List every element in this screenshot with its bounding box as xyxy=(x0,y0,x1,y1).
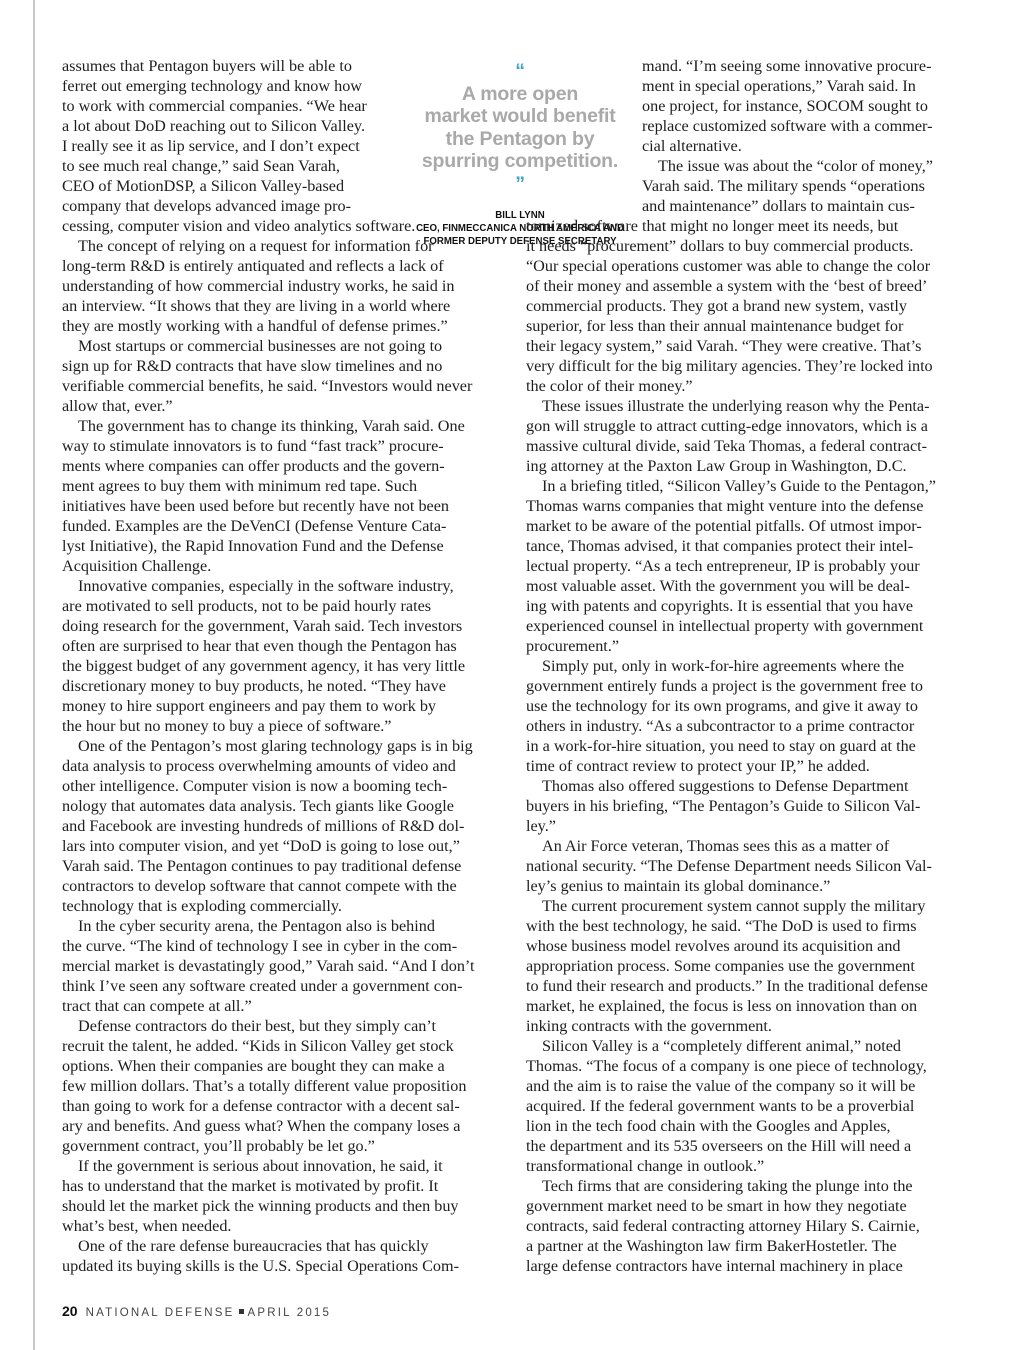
text-line: The government has to change its thinkin… xyxy=(62,416,475,436)
text-line: has to understand that the market is mot… xyxy=(62,1176,475,1196)
text-line: lars into computer vision, and yet “DoD … xyxy=(62,836,475,856)
text-line: verifiable commercial benefits, he said.… xyxy=(62,376,475,396)
text-line: ments where companies can offer products… xyxy=(62,456,475,476)
text-line: to fund their research and products.” In… xyxy=(526,976,936,996)
text-line: cial alternative. xyxy=(642,136,933,156)
text-line: the department and its 535 overseers on … xyxy=(526,1136,936,1156)
text-line: “Our special operations customer was abl… xyxy=(526,256,936,276)
text-line: Silicon Valley is a “completely differen… xyxy=(526,1036,936,1056)
text-line: the hour but no money to buy a piece of … xyxy=(62,716,475,736)
text-line: initiatives have been used before but re… xyxy=(62,496,475,516)
text-line: Simply put, only in work-for-hire agreem… xyxy=(526,656,936,676)
text-line: Thomas warns companies that might ventur… xyxy=(526,496,936,516)
text-line: money to hire support engineers and pay … xyxy=(62,696,475,716)
pull-quote-line: spurring competition. xyxy=(422,150,618,172)
text-line: and maintenance” dollars to maintain cus… xyxy=(642,196,933,216)
text-line: Defense contractors do their best, but t… xyxy=(62,1016,475,1036)
text-line: tomized software that might no longer me… xyxy=(526,216,936,236)
page-number: 20 xyxy=(62,1303,78,1319)
text-line: in a work-for-hire situation, you need t… xyxy=(526,736,936,756)
text-line: options. When their companies are bought… xyxy=(62,1056,475,1076)
text-line: what’s best, when needed. xyxy=(62,1216,475,1236)
text-line: buyers in his briefing, “The Pentagon’s … xyxy=(526,796,936,816)
text-line: ing attorney at the Paxton Law Group in … xyxy=(526,456,936,476)
article-column-right: tomized software that might no longer me… xyxy=(526,216,936,1276)
text-line: one project, for instance, SOCOM sought … xyxy=(642,96,933,116)
article-column-right-top: mand. “I’m seeing some innovative procur… xyxy=(642,56,933,216)
text-line: few million dollars. That’s a totally di… xyxy=(62,1076,475,1096)
text-line: In a briefing titled, “Silicon Valley’s … xyxy=(526,476,936,496)
text-line: Thomas. “The focus of a company is one p… xyxy=(526,1056,936,1076)
publication-name: NATIONAL DEFENSE xyxy=(86,1307,235,1319)
pull-quote-line: market would benefit xyxy=(402,105,638,128)
text-line: the biggest budget of any government age… xyxy=(62,656,475,676)
text-line: tance, Thomas advised, it that companies… xyxy=(526,536,936,556)
pull-quote-line: the Pentagon by xyxy=(402,128,638,151)
text-line: market to be aware of the potential pitf… xyxy=(526,516,936,536)
text-line: procurement.” xyxy=(526,636,936,656)
text-line: ary and benefits. And guess what? When t… xyxy=(62,1116,475,1136)
text-line: ley’s genius to maintain its global domi… xyxy=(526,876,936,896)
text-line: think I’ve seen any software created und… xyxy=(62,976,475,996)
text-line: national security. “The Defense Departme… xyxy=(526,856,936,876)
text-line: government contract, you’ll probably be … xyxy=(62,1136,475,1156)
text-line: The current procurement system cannot su… xyxy=(526,896,936,916)
text-line: doing research for the government, Varah… xyxy=(62,616,475,636)
text-line: should let the market pick the winning p… xyxy=(62,1196,475,1216)
page-gutter-rule xyxy=(33,0,35,1350)
text-line: lyst Initiative), the Rapid Innovation F… xyxy=(62,536,475,556)
text-line: Varah said. The military spends “operati… xyxy=(642,176,933,196)
text-line: understanding of how commercial industry… xyxy=(62,276,475,296)
text-line: ment in special operations,” Varah said.… xyxy=(642,76,933,96)
text-line: Innovative companies, especially in the … xyxy=(62,576,475,596)
text-line: very difficult for the big military agen… xyxy=(526,356,936,376)
pull-quote-line: A more open xyxy=(462,83,578,105)
text-line: ing with patents and copyrights. It is e… xyxy=(526,596,936,616)
text-line: their legacy system,” said Varah. “They … xyxy=(526,336,936,356)
text-line: discretionary money to buy products, he … xyxy=(62,676,475,696)
page-footer: 20NATIONAL DEFENSEAPRIL 2015 xyxy=(62,1303,331,1319)
text-line: superior, for less than their annual mai… xyxy=(526,316,936,336)
text-line: large defense contractors have internal … xyxy=(526,1256,936,1276)
text-line: and Facebook are investing hundreds of m… xyxy=(62,816,475,836)
text-line: One of the rare defense bureaucracies th… xyxy=(62,1236,475,1256)
text-line: the curve. “The kind of technology I see… xyxy=(62,936,475,956)
text-line: and the aim is to raise the value of the… xyxy=(526,1076,936,1096)
pull-quote-text: “A more open market would benefit the Pe… xyxy=(402,60,638,195)
text-line: of their money and assemble a system wit… xyxy=(526,276,936,296)
text-line: recruit the talent, he added. “Kids in S… xyxy=(62,1036,475,1056)
text-line: mercial market is devastatingly good,” V… xyxy=(62,956,475,976)
text-line: Acquisition Challenge. xyxy=(62,556,475,576)
text-line: ley.” xyxy=(526,816,936,836)
text-line: contracts, said federal contracting atto… xyxy=(526,1216,936,1236)
text-line: gon will struggle to attract cutting-edg… xyxy=(526,416,936,436)
text-line: allow that, ever.” xyxy=(62,396,475,416)
text-line: sign up for R&D contracts that have slow… xyxy=(62,356,475,376)
text-line: funded. Examples are the DeVenCI (Defens… xyxy=(62,516,475,536)
text-line: inking contracts with the government. xyxy=(526,1016,936,1036)
text-line: In the cyber security arena, the Pentago… xyxy=(62,916,475,936)
text-line: nology that automates data analysis. Tec… xyxy=(62,796,475,816)
text-line: Tech firms that are considering taking t… xyxy=(526,1176,936,1196)
text-line: government entirely funds a project is t… xyxy=(526,676,936,696)
text-line: contractors to develop software that can… xyxy=(62,876,475,896)
text-line: lion in the tech food chain with the Goo… xyxy=(526,1116,936,1136)
text-line: lectual property. “As a tech entrepreneu… xyxy=(526,556,936,576)
text-line: tract that can compete at all.” xyxy=(62,996,475,1016)
text-line: time of contract review to protect your … xyxy=(526,756,936,776)
text-line: it needs “procurement” dollars to buy co… xyxy=(526,236,936,256)
text-line: other intelligence. Computer vision is n… xyxy=(62,776,475,796)
text-line: One of the Pentagon’s most glaring techn… xyxy=(62,736,475,756)
text-line: updated its buying skills is the U.S. Sp… xyxy=(62,1256,475,1276)
text-line: appropriation process. Some companies us… xyxy=(526,956,936,976)
text-line: experienced counsel in intellectual prop… xyxy=(526,616,936,636)
text-line: market, he explained, the focus is less … xyxy=(526,996,936,1016)
text-line: Thomas also offered suggestions to Defen… xyxy=(526,776,936,796)
text-line: others in industry. “As a subcontractor … xyxy=(526,716,936,736)
text-line: than going to work for a defense contrac… xyxy=(62,1096,475,1116)
text-line: The issue was about the “color of money,… xyxy=(642,156,933,176)
text-line: a partner at the Washington law firm Bak… xyxy=(526,1236,936,1256)
close-quote-mark: ” xyxy=(402,173,638,196)
text-line: are motivated to sell products, not to b… xyxy=(62,596,475,616)
issue-date: APRIL 2015 xyxy=(248,1307,332,1319)
text-line: data analysis to process overwhelming am… xyxy=(62,756,475,776)
text-line: replace customized software with a comme… xyxy=(642,116,933,136)
text-line: often are surprised to hear that even th… xyxy=(62,636,475,656)
text-line: use the technology for its own programs,… xyxy=(526,696,936,716)
text-line: an interview. “It shows that they are li… xyxy=(62,296,475,316)
text-line: most valuable asset. With the government… xyxy=(526,576,936,596)
separator-square-icon xyxy=(239,1309,244,1314)
text-line: If the government is serious about innov… xyxy=(62,1156,475,1176)
text-line: long-term R&D is entirely antiquated and… xyxy=(62,256,475,276)
text-line: transformational change in outlook.” xyxy=(526,1156,936,1176)
open-quote-mark: “ xyxy=(402,60,638,83)
text-line: the color of their money.” xyxy=(526,376,936,396)
text-line: These issues illustrate the underlying r… xyxy=(526,396,936,416)
text-line: technology that is exploding commerciall… xyxy=(62,896,475,916)
text-line: ment agrees to buy them with minimum red… xyxy=(62,476,475,496)
text-line: acquired. If the federal government want… xyxy=(526,1096,936,1116)
text-line: government market need to be smart in ho… xyxy=(526,1196,936,1216)
text-line: commercial products. They got a brand ne… xyxy=(526,296,936,316)
text-line: with the best technology, he said. “The … xyxy=(526,916,936,936)
text-line: An Air Force veteran, Thomas sees this a… xyxy=(526,836,936,856)
text-line: they are mostly working with a handful o… xyxy=(62,316,475,336)
text-line: way to stimulate innovators is to fund “… xyxy=(62,436,475,456)
text-line: Most startups or commercial businesses a… xyxy=(62,336,475,356)
text-line: whose business model revolves around its… xyxy=(526,936,936,956)
text-line: Varah said. The Pentagon continues to pa… xyxy=(62,856,475,876)
text-line: massive cultural divide, said Teka Thoma… xyxy=(526,436,936,456)
text-line: mand. “I’m seeing some innovative procur… xyxy=(642,56,933,76)
